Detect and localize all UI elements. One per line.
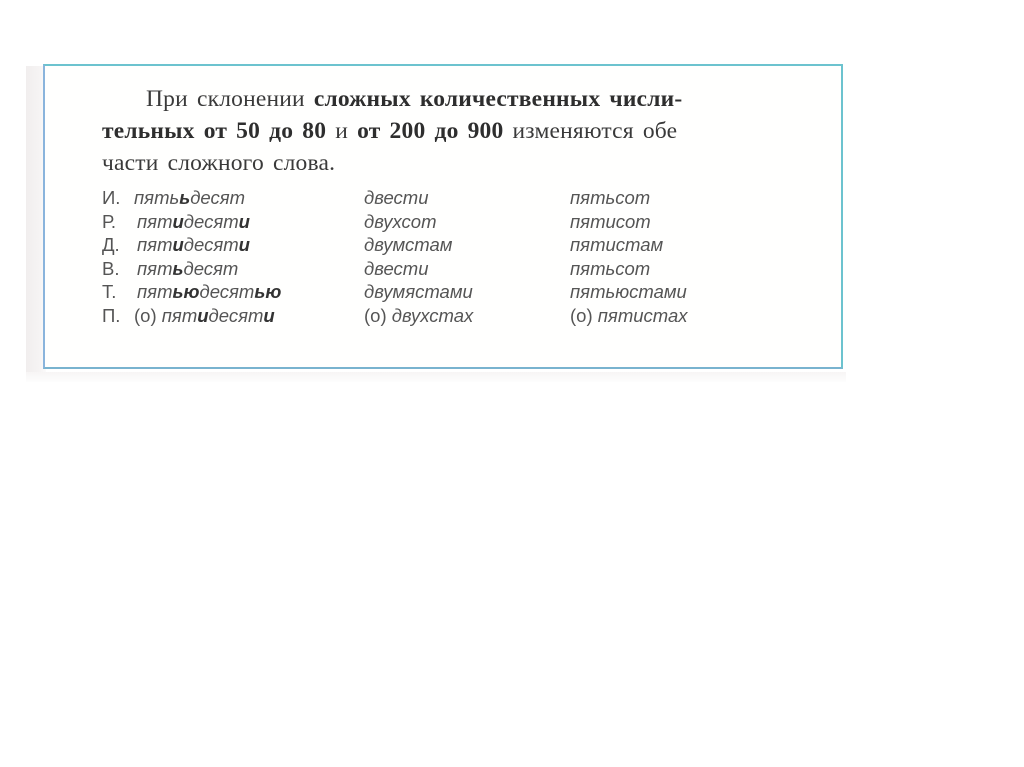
form-two-hundred: (о) двухстах <box>364 304 473 328</box>
plain-text: части сложного слова. <box>102 150 335 176</box>
form-five-hundred: пятистам <box>570 233 663 257</box>
case-label: И. <box>102 186 120 210</box>
emphasized-text: от 200 до 900 <box>357 118 503 144</box>
scan-shadow <box>26 372 846 382</box>
form-fifty: пятььдесят <box>134 186 245 210</box>
form-two-hundred: двумястами <box>364 280 473 304</box>
emphasized-text: тельных от 50 до 80 <box>102 118 326 144</box>
form-fifty: пятидесяти <box>137 233 250 257</box>
form-five-hundred: пятьсот <box>570 257 650 281</box>
plain-text: изменяются обе <box>503 118 677 144</box>
form-five-hundred: пятьсот <box>570 186 650 210</box>
form-two-hundred: двухсот <box>364 210 437 234</box>
case-label: Т. <box>102 280 116 304</box>
emphasized-text: сложных количественных числи- <box>314 86 682 112</box>
form-five-hundred: (о) пятистах <box>570 304 688 328</box>
case-label: Р. <box>102 210 116 234</box>
rule-line-1: При склонении сложных количественных чис… <box>102 83 832 115</box>
form-five-hundred: пятьюстами <box>570 280 687 304</box>
form-two-hundred: двумстам <box>364 233 452 257</box>
form-two-hundred: двести <box>364 186 429 210</box>
rule-box: При склонении сложных количественных чис… <box>43 64 843 369</box>
rule-text: При склонении сложных количественных чис… <box>102 83 832 179</box>
form-fifty: (о) пятидесяти <box>134 304 275 328</box>
case-label: В. <box>102 257 119 281</box>
form-five-hundred: пятисот <box>570 210 651 234</box>
form-fifty: пятидесяти <box>137 210 250 234</box>
rule-line-2: тельных от 50 до 80 и от 200 до 900 изме… <box>102 115 832 147</box>
rule-line-3: части сложного слова. <box>102 147 832 179</box>
plain-text: и <box>326 118 357 144</box>
case-label: П. <box>102 304 120 328</box>
form-two-hundred: двести <box>364 257 429 281</box>
form-fifty: пятьюдесятью <box>137 280 281 304</box>
case-label: Д. <box>102 233 120 257</box>
plain-text: При склонении <box>146 86 314 112</box>
form-fifty: пятьдесят <box>137 257 238 281</box>
